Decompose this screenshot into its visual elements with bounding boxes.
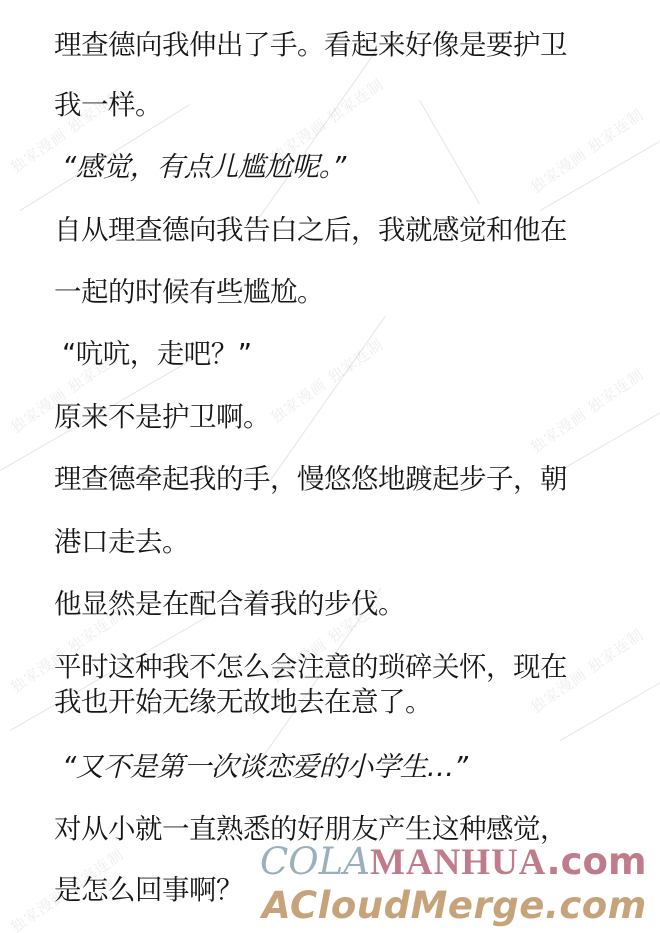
paragraph-line: 一起的时候有些尴尬。 xyxy=(54,275,324,309)
watermark-stamp: 独家漫画 独家连制 xyxy=(266,334,388,428)
watermark-stroke xyxy=(419,100,480,204)
watermark-cola: COLA xyxy=(260,840,370,883)
paragraph-line: 我也开始无缘无故地去在意了。 xyxy=(54,685,432,719)
paragraph-line: 平时这种我不怎么会注意的琐碎关怀，现在 xyxy=(54,650,567,684)
dialogue-line: “感觉，有点儿尴尬呢。” xyxy=(62,150,346,184)
paragraph-line: 港口走去。 xyxy=(54,525,189,559)
watermark-dotcom: .com xyxy=(547,840,647,883)
watermark-manhua: MANHUA xyxy=(370,842,547,883)
watermark-stroke xyxy=(540,130,660,211)
site-watermark-acloudmerge: ACloudMerge.com xyxy=(262,885,647,927)
watermark-stamp: 独家漫画 独家连制 xyxy=(526,364,648,458)
paragraph-line: 理查德向我伸出了手。看起来好像是要护卫 xyxy=(54,28,567,62)
paragraph-line: 我一样。 xyxy=(54,88,162,122)
site-watermark-colamanhua: COLAMANHUA.com xyxy=(260,842,647,883)
paragraph-line: 他显然是在配合着我的步伐。 xyxy=(54,587,405,621)
novel-page: 独家漫画 独家连制 独家漫画 独家连制 独家漫画 独家连制 独家漫画 独家连制 … xyxy=(0,0,660,933)
watermark-stamp: 独家漫画 独家连制 xyxy=(526,104,648,198)
watermark-stroke xyxy=(560,400,660,471)
paragraph-line: 原来不是护卫啊。 xyxy=(54,400,270,434)
watermark-stroke xyxy=(270,316,386,480)
paragraph-line: 理查德牵起我的手，慢悠悠地踱起步子，朝 xyxy=(54,462,567,496)
paragraph-line: 自从理查德向我告白之后，我就感觉和他在 xyxy=(54,213,567,247)
dialogue-line: “又不是第一次谈恋爱的小学生…” xyxy=(62,750,468,784)
dialogue-line: “吭吭，走吧？” xyxy=(62,337,252,371)
paragraph-line: 是怎么回事啊？ xyxy=(54,873,243,907)
watermark-stroke xyxy=(250,50,377,231)
watermark-stroke xyxy=(560,670,660,741)
